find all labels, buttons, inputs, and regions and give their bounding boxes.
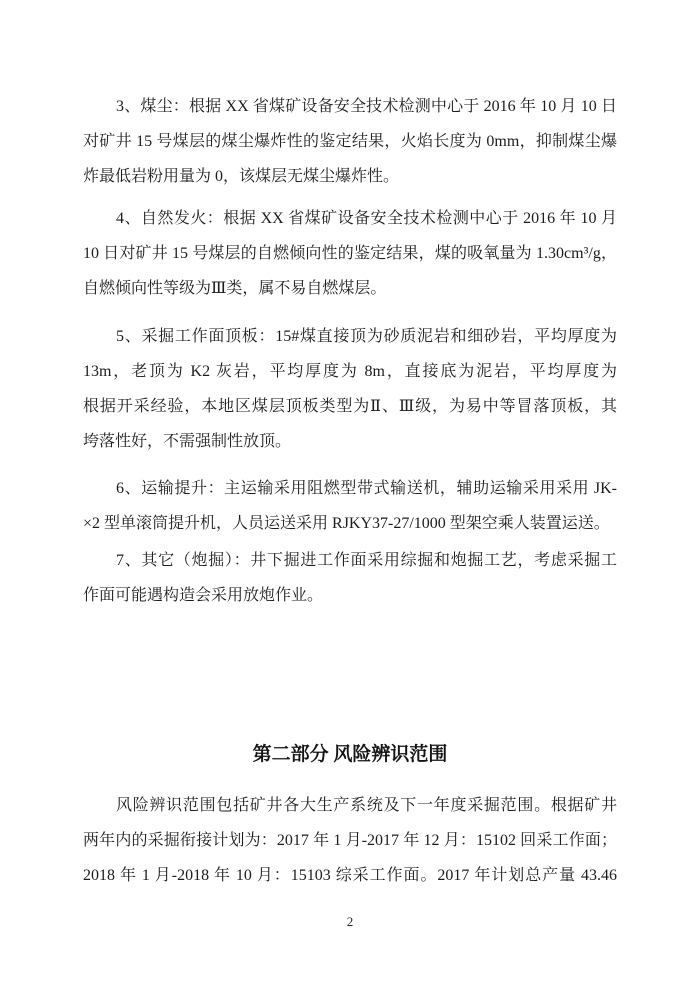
- text-line: 炸最低岩粉用量为 0，该煤层无煤尘爆炸性。: [83, 159, 617, 194]
- text-line: 两年内的采掘衔接计划为：2017 年 1 月-2017 年 12 月：15102…: [83, 823, 617, 858]
- text-line: 垮落性好，不需强制性放顶。: [83, 424, 617, 459]
- paragraph-working-face-roof: 5、采掘工作面顶板：15#煤直接顶为砂质泥岩和细砂岩，平均厚度为13m，老顶为 …: [83, 319, 617, 459]
- text-line: 6、运输提升：主运输采用阻燃型带式输送机，辅助运输采用采用 JK-2.5: [83, 471, 617, 506]
- paragraph-spontaneous-combustion: 4、自然发火：根据 XX 省煤矿设备安全技术检测中心于 2016 年 10 月1…: [83, 201, 617, 306]
- text-line: 根据开采经验，本地区煤层顶板类型为Ⅱ、Ⅲ级，为易中等冒落顶板，其: [83, 389, 617, 424]
- text-line: 自燃倾向性等级为Ⅲ类，属不易自燃煤层。: [83, 271, 617, 306]
- paragraph-risk-identification-scope: 风险辨识范围包括矿井各大生产系统及下一年度采掘范围。根据矿井两年内的采掘衔接计划…: [83, 788, 617, 893]
- text-line: 4、自然发火：根据 XX 省煤矿设备安全技术检测中心于 2016 年 10 月: [83, 201, 617, 236]
- document-page: 3、煤尘：根据 XX 省煤矿设备安全技术检测中心于 2016 年 10 月 10…: [0, 0, 700, 990]
- text-line: ×2 型单滚筒提升机，人员运送采用 RJKY37-27/1000 型架空乘人装置…: [83, 506, 617, 541]
- paragraph-other-blasting: 7、其它（炮掘）：井下掘进工作面采用综掘和炮掘工艺，考虑采掘工作面可能遇构造会采…: [83, 543, 617, 613]
- text-line: 10 日对矿井 15 号煤层的自燃倾向性的鉴定结果，煤的吸氧量为 1.30cm³…: [83, 236, 617, 271]
- section-heading: 第二部分 风险辨识范围: [83, 737, 617, 772]
- text-line: 2018 年 1 月-2018 年 10 月：15103 综采工作面。2017 …: [83, 858, 617, 893]
- page-number: 2: [83, 912, 617, 932]
- text-line: 作面可能遇构造会采用放炮作业。: [83, 578, 617, 613]
- text-line: 风险辨识范围包括矿井各大生产系统及下一年度采掘范围。根据矿井: [83, 788, 617, 823]
- text-line: 13m，老顶为 K2 灰岩，平均厚度为 8m，直接底为泥岩，平均厚度为 1.83…: [83, 354, 617, 389]
- text-line: 对矿井 15 号煤层的煤尘爆炸性的鉴定结果，火焰长度为 0mm，抑制煤尘爆: [83, 124, 617, 159]
- text-line: 3、煤尘：根据 XX 省煤矿设备安全技术检测中心于 2016 年 10 月 10…: [83, 89, 617, 124]
- paragraph-coal-dust: 3、煤尘：根据 XX 省煤矿设备安全技术检测中心于 2016 年 10 月 10…: [83, 89, 617, 194]
- document-content: 3、煤尘：根据 XX 省煤矿设备安全技术检测中心于 2016 年 10 月 10…: [83, 0, 617, 932]
- text-line: 5、采掘工作面顶板：15#煤直接顶为砂质泥岩和细砂岩，平均厚度为: [83, 319, 617, 354]
- text-line: 7、其它（炮掘）：井下掘进工作面采用综掘和炮掘工艺，考虑采掘工: [83, 543, 617, 578]
- paragraph-transport-hoisting: 6、运输提升：主运输采用阻燃型带式输送机，辅助运输采用采用 JK-2.5×2 型…: [83, 471, 617, 541]
